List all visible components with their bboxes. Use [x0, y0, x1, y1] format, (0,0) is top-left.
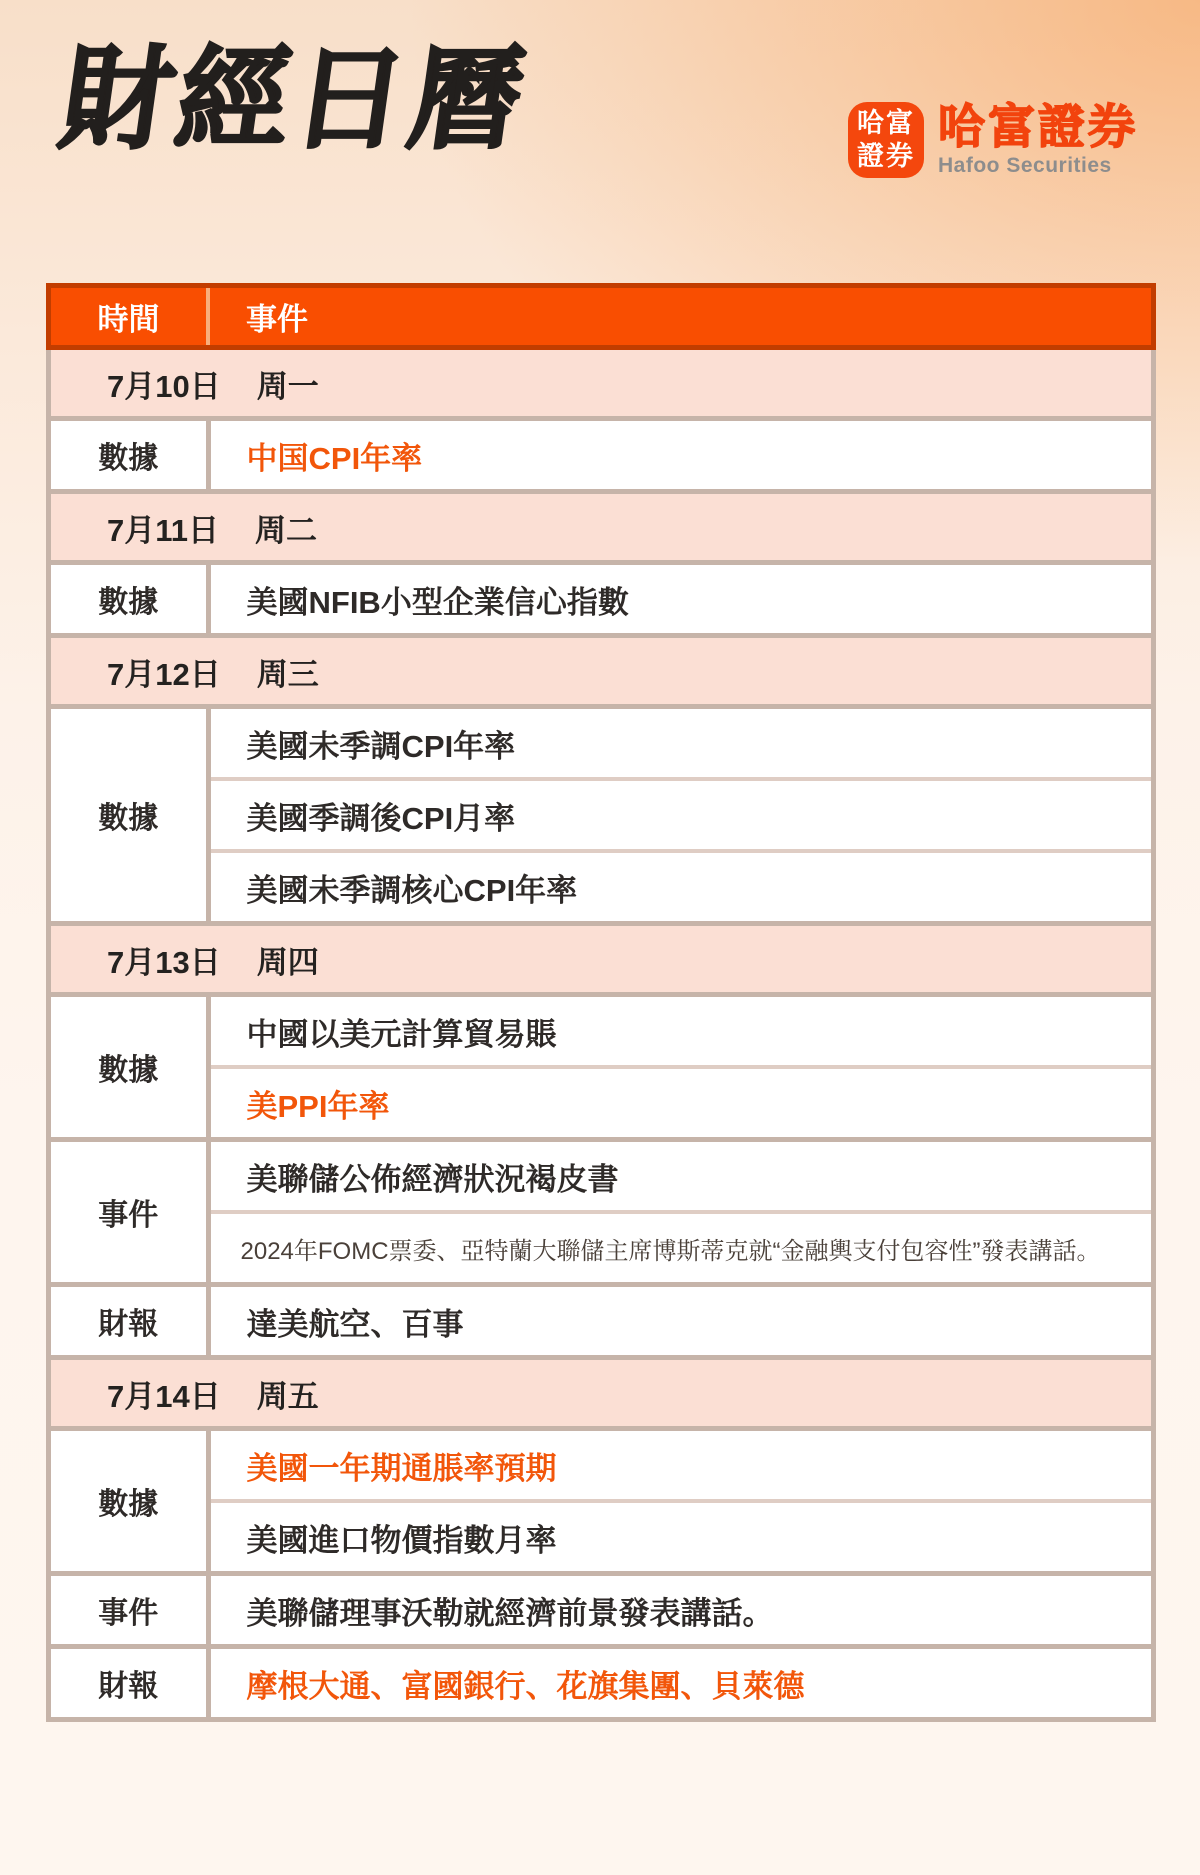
category-cell: 數據 [49, 419, 209, 492]
event-row: 美國季調後CPI月率 [49, 779, 1154, 851]
event-cell: 中國以美元計算貿易賬 [208, 995, 1154, 1068]
date-row-jul11: 7月11日周二 [49, 492, 1154, 563]
date-label: 7月13日 [107, 945, 221, 980]
event-row: 美國未季調核心CPI年率 [49, 851, 1154, 924]
brand-wordmark: 哈富證券 Hafoo Securities [938, 102, 1138, 178]
date-row-jul12: 7月12日周三 [49, 636, 1154, 707]
brand-logo: 哈富 證券 哈富證券 Hafoo Securities [848, 102, 1138, 178]
category-cell: 數據 [49, 1429, 209, 1574]
category-cell: 數據 [49, 563, 209, 636]
weekday-label: 周五 [257, 1379, 319, 1414]
date-label: 7月12日 [107, 657, 221, 692]
date-label: 7月11日 [107, 513, 219, 548]
logo-icon-line2: 證券 [857, 140, 915, 173]
event-cell: 美國一年期通脹率預期 [208, 1429, 1154, 1502]
col-header-event: 事件 [208, 286, 1154, 348]
date-row-jul14: 7月14日周五 [49, 1358, 1154, 1429]
event-cell: 美聯儲理事沃勒就經濟前景發表講話。 [208, 1574, 1154, 1647]
event-row: 數據 美國NFIB小型企業信心指數 [49, 563, 1154, 636]
page-title: 財經日曆 [52, 30, 536, 170]
event-cell: 美PPI年率 [208, 1067, 1154, 1140]
category-cell: 財報 [49, 1285, 209, 1358]
category-cell: 財報 [49, 1647, 209, 1720]
brand-name-en: Hafoo Securities [938, 154, 1138, 178]
event-cell: 2024年FOMC票委、亞特蘭大聯儲主席博斯蒂克就“金融輿支付包容性”發表講話。 [208, 1212, 1154, 1285]
event-row: 財報 摩根大通、富國銀行、花旗集團、貝萊德 [49, 1647, 1154, 1720]
date-cell: 7月14日周五 [49, 1358, 1154, 1429]
event-cell: 美聯儲公佈經濟狀況褐皮書 [208, 1140, 1154, 1213]
col-header-time: 時間 [49, 286, 209, 348]
event-row: 事件 美聯儲理事沃勒就經濟前景發表講話。 [49, 1574, 1154, 1647]
category-cell: 數據 [49, 707, 209, 924]
event-cell: 達美航空、百事 [208, 1285, 1154, 1358]
date-label: 7月14日 [107, 1379, 221, 1414]
page-background: 財經日曆 哈富 證券 哈富證券 Hafoo Securities 時間 事件 7… [0, 0, 1200, 1875]
date-cell: 7月11日周二 [49, 492, 1154, 563]
weekday-label: 周四 [257, 945, 319, 980]
date-cell: 7月10日周一 [49, 348, 1154, 419]
weekday-label: 周二 [255, 513, 317, 548]
event-cell: 美國NFIB小型企業信心指數 [208, 563, 1154, 636]
category-cell: 事件 [49, 1574, 209, 1647]
event-row: 事件 美聯儲公佈經濟狀況褐皮書 [49, 1140, 1154, 1213]
category-cell: 事件 [49, 1140, 209, 1285]
event-row: 2024年FOMC票委、亞特蘭大聯儲主席博斯蒂克就“金融輿支付包容性”發表講話。 [49, 1212, 1154, 1285]
table-header-row: 時間 事件 [49, 286, 1154, 348]
event-cell: 美國未季調CPI年率 [208, 707, 1154, 780]
date-cell: 7月13日周四 [49, 924, 1154, 995]
date-row-jul10: 7月10日周一 [49, 348, 1154, 419]
brand-name-zh: 哈富證券 [938, 102, 1138, 151]
date-cell: 7月12日周三 [49, 636, 1154, 707]
weekday-label: 周一 [257, 369, 319, 404]
date-label: 7月10日 [107, 369, 221, 404]
event-cell: 美國進口物價指數月率 [208, 1501, 1154, 1574]
event-cell: 美國未季調核心CPI年率 [208, 851, 1154, 924]
event-row: 數據 美國未季調CPI年率 [49, 707, 1154, 780]
event-row: 數據 中國以美元計算貿易賬 [49, 995, 1154, 1068]
event-cell: 美國季調後CPI月率 [208, 779, 1154, 851]
hafoo-logo-icon: 哈富 證券 [848, 102, 924, 178]
event-row: 數據 中国CPI年率 [49, 419, 1154, 492]
date-row-jul13: 7月13日周四 [49, 924, 1154, 995]
event-row: 財報 達美航空、百事 [49, 1285, 1154, 1358]
weekday-label: 周三 [257, 657, 319, 692]
event-row: 美國進口物價指數月率 [49, 1501, 1154, 1574]
event-cell: 摩根大通、富國銀行、花旗集團、貝萊德 [208, 1647, 1154, 1720]
category-cell: 數據 [49, 995, 209, 1140]
logo-icon-line1: 哈富 [857, 107, 915, 140]
event-cell: 中国CPI年率 [208, 419, 1154, 492]
event-row: 數據 美國一年期通脹率預期 [49, 1429, 1154, 1502]
event-row: 美PPI年率 [49, 1067, 1154, 1140]
calendar-table: 時間 事件 7月10日周一 數據 中国CPI年率 7月11日周二 數據 [46, 283, 1156, 1722]
